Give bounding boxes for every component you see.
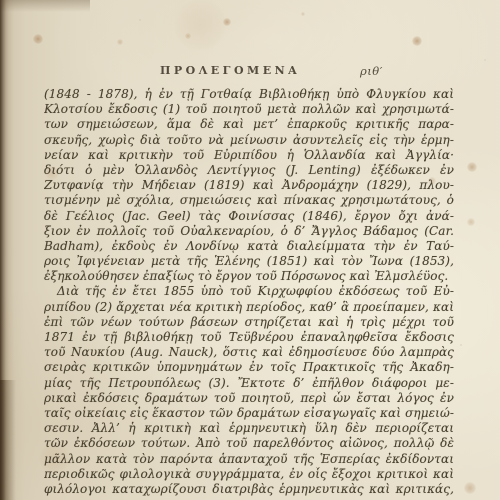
text-line: τοῦ Ναυκίου (Aug. Nauck), ὅστις καὶ ἐδημ… [44, 345, 454, 360]
text-line: Κλοτσίου ἔκδοσις (1) τοῦ ποιητοῦ μετὰ πο… [44, 102, 454, 117]
text-line: ροις Ἰφιγένειαν μετὰ τῆς Ἑλένης (1851) κ… [44, 254, 454, 269]
foxing-spot [301, 12, 305, 16]
foxing-spot [117, 39, 123, 45]
text-line: ξιον ἐν πολλοῖς τοῦ Οὐαλκεναρίου, ὁ δ’ Ἄ… [44, 224, 454, 239]
page-number: ριθ′ [360, 64, 400, 78]
foxing-spot [412, 36, 422, 46]
text-line: των σημειώσεων, ἅμα δὲ καὶ μετ’ ἐπαρκοῦς… [44, 117, 454, 132]
foxing-spot [467, 218, 475, 226]
foxing-spot [185, 33, 191, 39]
text-line: ριπίδου (2) ἄρχεται νέα κριτικὴ περίοδος… [44, 300, 454, 315]
text-line: μᾶλλον κατὰ τὸν παρόντα ἁπανταχοῦ τῆς Ἑσ… [44, 452, 454, 467]
text-line: ταῖς οἰκείαις εἰς ἕκαστον τῶν δραμάτων ε… [44, 406, 454, 421]
body-text: (1848 - 1878), ἡ ἐν τῇ Γοτθαίᾳ Βιβλιοθήκ… [44, 87, 454, 497]
foxing-spot [174, 0, 226, 51]
page-title: ΠΡΟΛΕΓΟΜΕΝΑ [160, 64, 290, 77]
foxing-spot [464, 482, 476, 494]
text-line: ρικαὶ ἐκδόσεις δραμάτων τοῦ ποιητοῦ, περ… [44, 391, 454, 406]
text-line: Διὰ τῆς ἐν ἔτει 1855 ὑπὸ τοῦ Κιρχωφφίου … [44, 284, 454, 299]
text-line: 1871 ἐν τῇ βιβλιοθήκῃ τοῦ Τεϋβνέρου ἐπαν… [44, 330, 454, 345]
text-line: Ζυτφανίᾳ τὴν Μήδειαν (1819) καὶ Ἀνδρομάχ… [44, 178, 454, 193]
text-line: σειρὰς κριτικῶν ὑπομνημάτων ἐν τοῖς Πρακ… [44, 360, 454, 375]
text-line: τισμένην μὲ σχόλια, σημειώσεις καὶ πίνακ… [44, 193, 454, 208]
left-edge-shadow-bottom [0, 380, 18, 500]
text-line: τῶν ἐκδόσεων τούτων. Ἀπὸ τοῦ παρελθόντος… [44, 436, 454, 451]
text-line: διότι ὁ μὲν Ὁλλανδὸς Λεντίγγιος (J. Lent… [44, 163, 454, 178]
foxing-spot [33, 34, 43, 44]
text-line: περιοδικῶς φιλολογικὰ συγγράμματα, ἐν οἷ… [44, 467, 454, 482]
text-line: (1848 - 1878), ἡ ἐν τῇ Γοτθαίᾳ Βιβλιοθήκ… [44, 87, 454, 102]
foxing-spot [223, 18, 231, 26]
foxing-spot [467, 162, 477, 172]
page-header: ΠΡΟΛΕΓΟΜΕΝΑ ριθ′ [0, 64, 500, 80]
text-line: σκευῆς, χωρὶς διὰ τοῦτο νὰ μείνωσιν ἀσυν… [44, 133, 454, 148]
book-page: ΠΡΟΛΕΓΟΜΕΝΑ ριθ′ (1848 - 1878), ἡ ἐν τῇ … [0, 0, 500, 500]
text-line: δὲ Γεέλιος (Jac. Geel) τὰς Φοινίσσας (18… [44, 209, 454, 224]
text-line: νείαν καὶ κριτικὴν τοῦ Εὐριπίδου ἡ Ὁλλαν… [44, 148, 454, 163]
text-line: μίας τῆς Πετρουπόλεως (3). Ἔκτοτε δ’ ἐπῆ… [44, 376, 454, 391]
text-line: φιλόλογοι καταχωρίζουσι διατριβὰς ἑρμηνε… [44, 482, 454, 497]
text-line: Badham), ἐκδοὺς ἐν Λονδίνῳ κατὰ διαλείμμ… [44, 239, 454, 254]
text-line: ἐξηκολούθησεν ἐπαξίως τὸ ἔργον τοῦ Πόρσω… [44, 269, 454, 284]
text-line: ἐπὶ τῶν νέων τούτων βάσεων στηρίζεται κα… [44, 315, 454, 330]
text-line: σεσιν. Ἀλλ’ ἡ κριτικὴ καὶ ἑρμηνευτικὴ ὕλ… [44, 421, 454, 436]
